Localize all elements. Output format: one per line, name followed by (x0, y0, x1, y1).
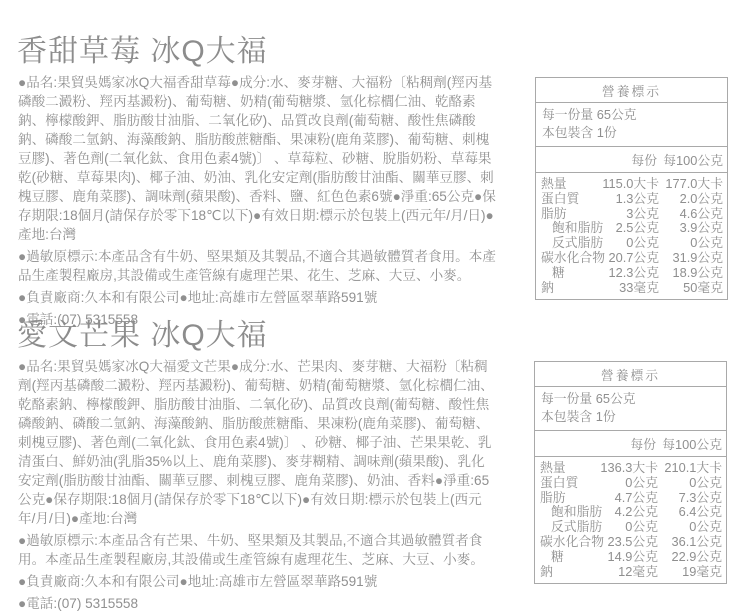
nutrient-per-serving: 23.5公克 (604, 535, 658, 550)
nutrition-row-protein: 蛋白質 1.3公克 2.0公克 (536, 192, 727, 207)
info-main-text: ●品名:果貿吳媽家冰Q大福香甜草莓●成分:水、麥芽糖、大福粉〔粘稠劑(羥丙基磷酸… (18, 73, 497, 244)
column-headers: 每份 每100公克 (535, 431, 726, 457)
nutrient-label: 碳水化合物 (536, 251, 605, 266)
nutrient-per-100g: 0公克 (658, 520, 722, 535)
nutrition-row-saturated-fat: 飽和脂肪 2.5公克 3.9公克 (536, 221, 727, 236)
info-main-text: ●品名:果貿吳媽家冰Q大福愛文芒果●成分:水、芒果肉、麥芽糖、大福粉〔粘稠劑(羥… (18, 357, 497, 528)
nutrient-per-100g: 177.0大卡 (659, 177, 723, 192)
nutrient-per-serving: 20.7公克 (605, 251, 659, 266)
nutrition-rows: 熱量 115.0大卡 177.0大卡 蛋白質 1.3公克 2.0公克 脂肪 3公… (536, 173, 727, 299)
nutrient-per-100g: 3.9公克 (659, 221, 723, 236)
nutrient-per-serving: 4.7公克 (566, 491, 658, 506)
info-allergen-text: ●過敏原標示:本產品含有芒果、牛奶、堅果類及其製品,不適合其過敏體質者食用。本產… (18, 531, 497, 569)
col-header-per-100g: 每100公克 (656, 434, 722, 453)
nutrition-row-carbohydrate: 碳水化合物 20.7公克 31.9公克 (536, 251, 727, 266)
nutrient-per-100g: 6.4公克 (658, 505, 722, 520)
product-info-mango: ●品名:果貿吳媽家冰Q大福愛文芒果●成分:水、芒果肉、麥芽糖、大福粉〔粘稠劑(羥… (18, 357, 497, 612)
nutrition-row-sodium: 鈉 12毫克 19毫克 (535, 565, 726, 580)
nutrient-label: 熱量 (536, 177, 567, 192)
nutrition-row-protein: 蛋白質 0公克 0公克 (535, 476, 726, 491)
nutrition-row-calories: 熱量 136.3大卡 210.1大卡 (535, 461, 726, 476)
nutrient-label: 飽和脂肪 (535, 505, 602, 520)
nutrient-per-serving: 0公克 (602, 520, 658, 535)
nutrition-row-carbohydrate: 碳水化合物 23.5公克 36.1公克 (535, 535, 726, 550)
product-title-strawberry: 香甜草莓 冰Q大福 (17, 26, 268, 70)
col-header-per-serving: 每份 (536, 150, 657, 169)
nutrition-table-strawberry: 營養標示 每一份量 65公克 本包裝含 1份 每份 每100公克 熱量 115.… (535, 77, 728, 300)
nutrient-per-100g: 0公克 (658, 476, 722, 491)
nutrient-label: 脂肪 (536, 207, 567, 222)
nutrient-label: 碳水化合物 (535, 535, 604, 550)
nutrition-rows: 熱量 136.3大卡 210.1大卡 蛋白質 0公克 0公克 脂肪 4.7公克 … (535, 457, 726, 583)
nutrient-per-100g: 18.9公克 (659, 266, 723, 281)
nutrient-label: 反式脂肪 (536, 236, 603, 251)
nutrition-row-sugar: 糖 14.9公克 22.9公克 (535, 550, 726, 565)
nutrient-per-serving: 1.3公克 (579, 192, 659, 207)
nutrient-per-serving: 3公克 (567, 207, 659, 222)
nutrient-per-serving: 33毫克 (554, 281, 659, 296)
nutrition-row-fat: 脂肪 4.7公克 7.3公克 (535, 491, 726, 506)
column-headers: 每份 每100公克 (536, 147, 727, 173)
nutrient-per-serving: 4.2公克 (602, 505, 658, 520)
nutrient-label: 飽和脂肪 (536, 221, 603, 236)
nutrient-per-serving: 14.9公克 (564, 550, 658, 565)
col-header-per-100g: 每100公克 (657, 150, 723, 169)
nutrient-per-100g: 19毫克 (658, 565, 722, 580)
info-phone-text: ●電話:(07) 5315558 (18, 594, 497, 612)
nutrient-per-100g: 4.6公克 (659, 207, 723, 222)
nutrient-per-100g: 50毫克 (659, 281, 723, 296)
nutrient-label: 蛋白質 (536, 192, 579, 207)
nutrient-per-serving: 115.0大卡 (567, 177, 659, 192)
nutrient-label: 反式脂肪 (535, 520, 602, 535)
package-count-line: 本包裝含 1份 (541, 408, 726, 426)
nutrient-per-100g: 22.9公克 (658, 550, 722, 565)
nutrient-per-serving: 136.3大卡 (566, 461, 658, 476)
nutrient-per-100g: 210.1大卡 (658, 461, 722, 476)
product-label-page: { "colors": { "text": "#909090", "title"… (0, 0, 750, 612)
nutrient-label: 鈉 (536, 281, 554, 296)
serving-info: 每一份量 65公克 本包裝含 1份 (535, 387, 726, 431)
nutrition-row-sodium: 鈉 33毫克 50毫克 (536, 281, 727, 296)
nutrient-label: 鈉 (535, 565, 553, 580)
nutrition-title: 營養標示 (535, 362, 726, 387)
nutrient-label: 糖 (536, 266, 565, 281)
nutrient-label: 糖 (535, 550, 564, 565)
nutrient-label: 蛋白質 (535, 476, 578, 491)
col-header-per-serving: 每份 (535, 434, 656, 453)
nutrient-per-serving: 0公克 (603, 236, 659, 251)
info-manufacturer-text: ●負責廠商:久本和有限公司●地址:高雄市左營區翠華路591號 (18, 572, 497, 591)
serving-size-line: 每一份量 65公克 (542, 106, 727, 124)
package-count-line: 本包裝含 1份 (542, 124, 727, 142)
nutrient-per-serving: 0公克 (578, 476, 658, 491)
nutrition-row-saturated-fat: 飽和脂肪 4.2公克 6.4公克 (535, 505, 726, 520)
nutrient-per-serving: 12.3公克 (565, 266, 659, 281)
nutrient-per-serving: 2.5公克 (603, 221, 659, 236)
serving-size-line: 每一份量 65公克 (541, 390, 726, 408)
nutrition-row-trans-fat: 反式脂肪 0公克 0公克 (535, 520, 726, 535)
nutrition-row-trans-fat: 反式脂肪 0公克 0公克 (536, 236, 727, 251)
nutrient-per-100g: 0公克 (659, 236, 723, 251)
nutrient-per-serving: 12毫克 (553, 565, 658, 580)
nutrient-per-100g: 7.3公克 (658, 491, 722, 506)
nutrient-per-100g: 36.1公克 (658, 535, 722, 550)
serving-info: 每一份量 65公克 本包裝含 1份 (536, 103, 727, 147)
product-title-mango: 愛文芒果 冰Q大福 (17, 310, 268, 354)
nutrient-label: 脂肪 (535, 491, 566, 506)
product-info-strawberry: ●品名:果貿吳媽家冰Q大福香甜草莓●成分:水、麥芽糖、大福粉〔粘稠劑(羥丙基磷酸… (18, 73, 497, 329)
info-allergen-text: ●過敏原標示:本產品含有牛奶、堅果類及其製品,不適合其過敏體質者食用。本產品生產… (18, 247, 497, 285)
nutrition-row-calories: 熱量 115.0大卡 177.0大卡 (536, 177, 727, 192)
nutrient-per-100g: 31.9公克 (659, 251, 723, 266)
nutrition-row-fat: 脂肪 3公克 4.6公克 (536, 207, 727, 222)
nutrition-table-mango: 營養標示 每一份量 65公克 本包裝含 1份 每份 每100公克 熱量 136.… (534, 361, 727, 584)
info-manufacturer-text: ●負責廠商:久本和有限公司●地址:高雄市左營區翠華路591號 (18, 288, 497, 307)
nutrient-label: 熱量 (535, 461, 566, 476)
nutrition-title: 營養標示 (536, 78, 727, 103)
nutrition-row-sugar: 糖 12.3公克 18.9公克 (536, 266, 727, 281)
nutrient-per-100g: 2.0公克 (659, 192, 723, 207)
